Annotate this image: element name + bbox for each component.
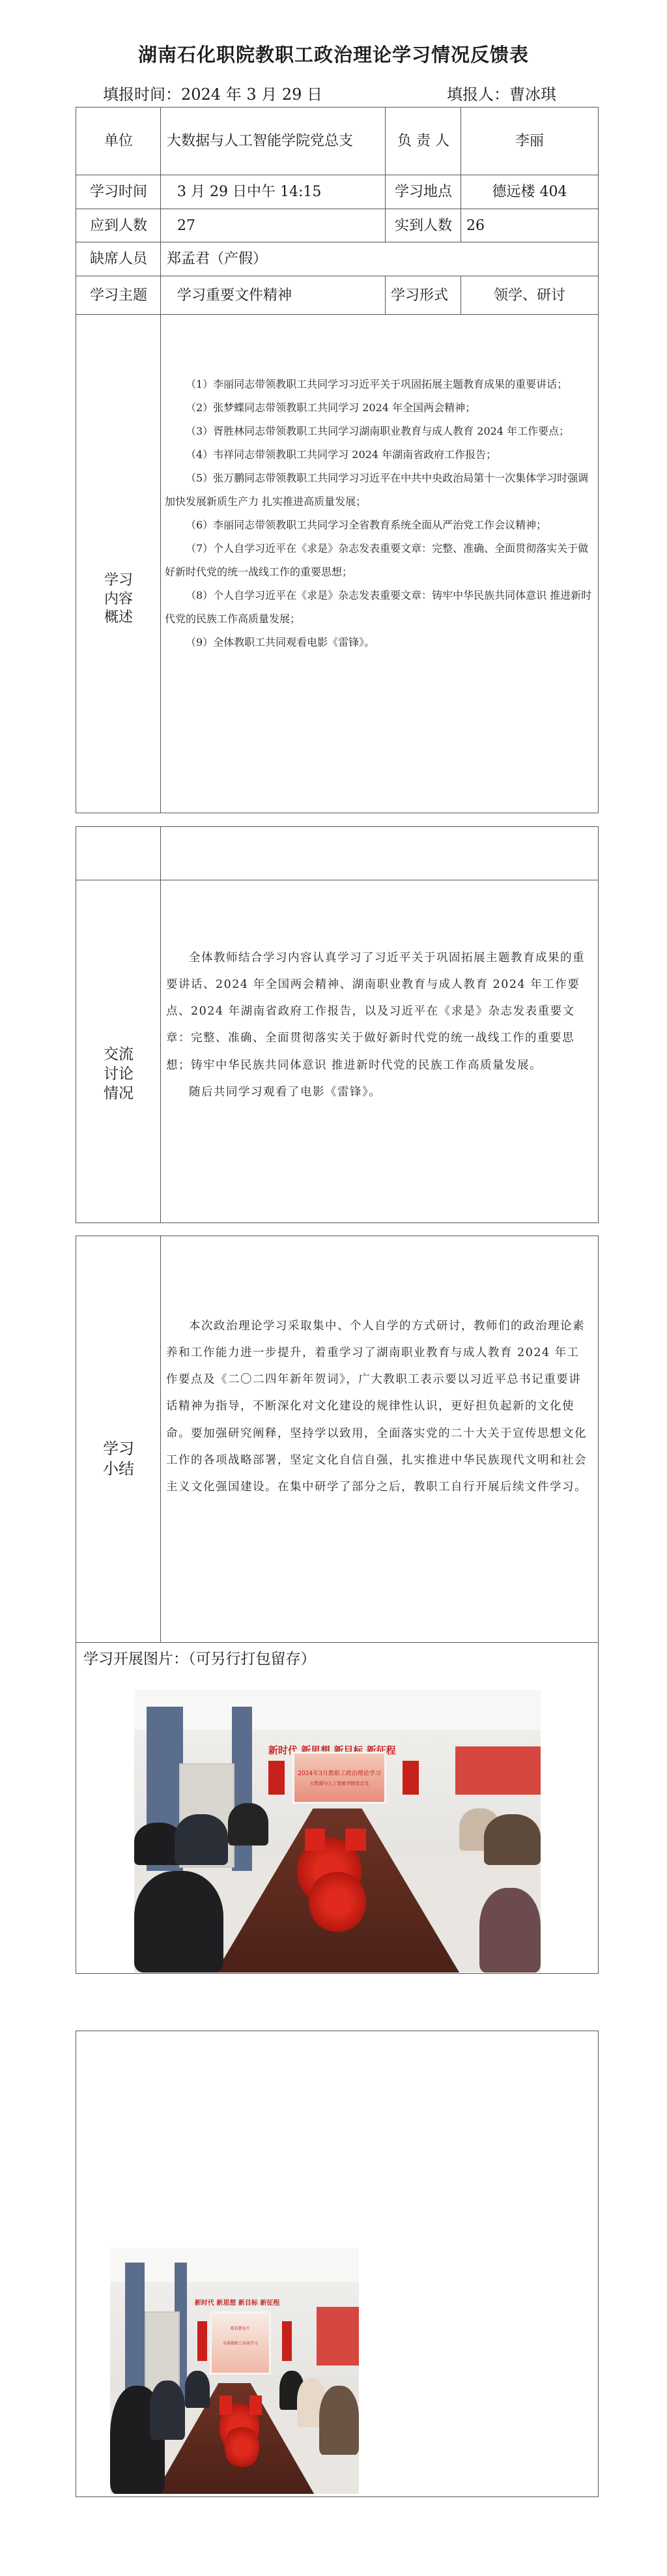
- row-divider: [76, 242, 599, 242]
- summary-item: （5）张万鹏同志带领教职工共同学习习近平在中共中央政治局第十一次集体学习时强调 …: [165, 467, 595, 514]
- summary-item: （7）个人自学习近平在《求是》杂志发表重要文章：完整、准确、全面贯彻落实关于做好…: [165, 537, 595, 584]
- photos-label: 学习开展图片：（可另行打包留存）: [83, 1647, 316, 1668]
- summary-item: （8）个人自学习近平在《求是》杂志发表重要文章：铸牢中华民族共同体意识 推进新时…: [165, 584, 595, 631]
- unit-label: 单位: [77, 108, 160, 175]
- summary-text: 本次政治理论学习采取集中、个人自学的方式研讨，教师们的政治理论素养和工作能力进一…: [166, 1313, 591, 1501]
- summary-item: （9）全体教职工共同观看电影《雷锋》。: [165, 631, 595, 654]
- col-divider: [160, 107, 161, 813]
- place-label: 学习地点: [386, 176, 461, 209]
- discussion-label: 交流 讨论 情况: [77, 881, 160, 1223]
- col-divider: [160, 1236, 161, 1642]
- col-divider: [160, 826, 161, 1223]
- col-divider: [385, 276, 386, 314]
- document-title: 湖南石化职院教职工政治理论学习情况反馈表: [0, 40, 667, 67]
- discussion-text: 全体教师结合学习内容认真学习了习近平关于巩固拓展主题教育成果的重要讲话、2024…: [166, 945, 591, 1106]
- screen-title: 2024年3月教职工政治理论学习: [294, 1769, 384, 1777]
- label-line: 学习: [104, 572, 133, 590]
- topic-label: 学习主题: [77, 277, 160, 314]
- summary-item: （2）张梦蝶同志带领教职工共同学习 2024 年全国两会精神；: [165, 396, 595, 420]
- label-line: 概述: [104, 609, 133, 628]
- leader-label: 负 责 人: [386, 108, 461, 175]
- form-label: 学习形式: [391, 277, 461, 314]
- label-line: 情况: [104, 1084, 134, 1104]
- row-divider: [76, 880, 599, 880]
- form-value: 领学、研讨: [462, 277, 597, 314]
- photo-slogan: 新时代 新思想 新目标 新征程: [195, 2297, 279, 2307]
- col-divider: [461, 276, 461, 314]
- topic-value: 学习重要文件精神: [177, 277, 379, 314]
- summary-label: 学习 小结: [77, 1237, 160, 1642]
- content-summary-list: （1）李丽同志带领教职工共同学习习近平关于巩固拓展主题教育成果的重要讲话； （2…: [165, 373, 595, 654]
- expected-value: 27: [177, 210, 379, 242]
- absent-value: 郑孟君（产假）: [167, 243, 584, 276]
- summary-item: （3）胥胜林同志带领教职工共同学习湖南职业教育与成人教育 2024 年工作要点；: [165, 420, 595, 443]
- row-divider: [76, 276, 599, 276]
- discussion-paragraph: 随后共同学习观看了电影《雷锋》。: [166, 1079, 591, 1106]
- label-line: 交流: [104, 1045, 134, 1065]
- row-divider: [76, 175, 599, 175]
- summary-paragraph: 本次政治理论学习采取集中、个人自学的方式研讨，教师们的政治理论素养和工作能力进一…: [166, 1313, 591, 1501]
- leader-value: 李丽: [462, 108, 597, 175]
- time-value: 3 月 29 日中午 14:15: [177, 176, 379, 209]
- summary-item: （1）李丽同志带领教职工共同学习习近平关于巩固拓展主题教育成果的重要讲话；: [165, 373, 595, 396]
- label-line: 小结: [103, 1459, 134, 1479]
- summary-item: （6）李丽同志带领教职工共同学习全省教育系统全面从严治党工作会议精神；: [165, 514, 595, 537]
- absent-label: 缺席人员: [77, 243, 160, 276]
- actual-label: 实到人数: [386, 210, 461, 242]
- screen-subtitle: 大数据与人工智能学院党总支: [294, 1780, 384, 1787]
- row-divider: [76, 314, 599, 315]
- unit-value: 大数据与人工智能学院党总支: [167, 108, 382, 175]
- label-line: 内容: [104, 590, 133, 609]
- row-divider: [76, 209, 599, 209]
- col-divider: [461, 107, 461, 242]
- filler-name: 填报人：曹冰琪: [447, 81, 556, 104]
- row-divider: [76, 1642, 599, 1643]
- time-label: 学习时间: [77, 176, 160, 209]
- fill-date: 填报时间：2024 年 3 月 29 日: [103, 81, 322, 104]
- meeting-photo-1: 新时代 新思想 新目标 新征程 2024年3月教职工政治理论学习 大数据与人工智…: [134, 1690, 541, 1973]
- screen-subtitle: 全体教职工共同学习: [212, 2340, 269, 2346]
- discussion-paragraph: 全体教师结合学习内容认真学习了习近平关于巩固拓展主题教育成果的重要讲话、2024…: [166, 945, 591, 1079]
- expected-label: 应到人数: [77, 210, 160, 242]
- label-line: 学习: [103, 1439, 134, 1459]
- label-line: 讨论: [104, 1065, 134, 1084]
- actual-value: 26: [466, 210, 597, 242]
- content-summary-label: 学习 内容 概述: [77, 315, 160, 812]
- meeting-photo-2: 新时代 新思想 新目标 新征程 观看教育片 全体教职工共同学习: [110, 2248, 359, 2494]
- col-divider: [385, 107, 386, 242]
- summary-item: （4）韦祥同志带领教职工共同学习 2024 年湖南省政府工作报告；: [165, 443, 595, 467]
- place-value: 德远楼 404: [462, 176, 597, 209]
- screen-title: 观看教育片: [212, 2325, 269, 2331]
